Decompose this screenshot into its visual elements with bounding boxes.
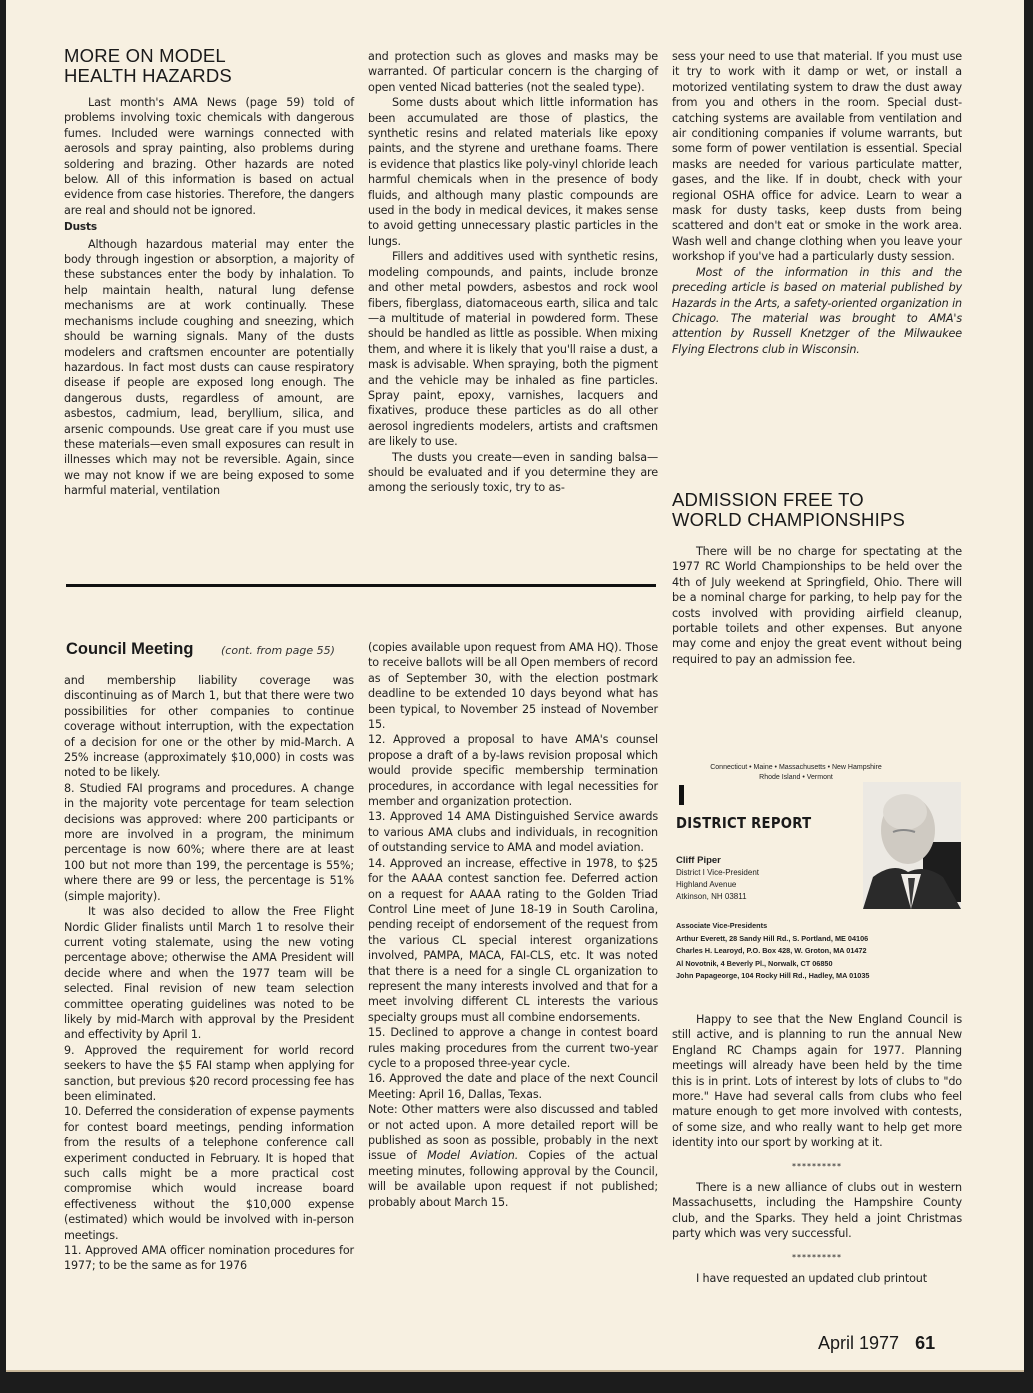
council-item-10: 10. Deferred the consideration of expens… (64, 1104, 354, 1243)
associate-entry: Al Novotnik, 4 Beverly Pl., Norwalk, CT … (676, 958, 869, 971)
district-paragraph: I have requested an updated club printou… (672, 1271, 962, 1286)
council-meeting-title: Council Meeting (66, 640, 193, 659)
health-hazards-intro: Last month's AMA News (page 59) told of … (64, 95, 354, 218)
section-divider-rule (66, 584, 656, 587)
continued-from-note: (cont. from page 55) (221, 644, 335, 657)
district-states: Connecticut • Maine • Massachusetts • Ne… (676, 763, 916, 783)
fillers-paragraph: Fillers and additives used with syntheti… (368, 249, 658, 449)
health-hazards-headline: MORE ON MODEL HEALTH HAZARDS (64, 46, 354, 86)
district-paragraph: There is a new alliance of clubs out in … (672, 1180, 962, 1242)
magazine-page: MORE ON MODEL HEALTH HAZARDS Last month'… (6, 0, 1024, 1372)
district-paragraph: Happy to see that the New England Counci… (672, 1012, 962, 1151)
associate-entry: John Papageorge, 104 Rocky Hill Rd., Had… (676, 970, 869, 983)
vice-president-photo (863, 782, 961, 909)
district-number-icon (679, 785, 684, 805)
council-item-8: 8. Studied FAI programs and procedures. … (64, 781, 354, 904)
page-number: 61 (915, 1333, 935, 1353)
council-item-9: 9. Approved the requirement for world re… (64, 1043, 354, 1105)
health-hazards-column-3: sess your need to use that material. If … (672, 49, 962, 357)
council-paragraph: (copies available upon request from AMA … (368, 640, 658, 732)
district-report-title: DISTRICT REPORT (676, 814, 811, 832)
associate-entry: Charles H. Learoyd, P.O. Box 428, W. Gro… (676, 945, 869, 958)
council-paragraph: and membership liability coverage was di… (64, 673, 354, 781)
council-item-13: 13. Approved 14 AMA Distinguished Servic… (368, 809, 658, 855)
admission-headline: ADMISSION FREE TO WORLD CHAMPIONSHIPS (672, 490, 962, 530)
council-paragraph: It was also decided to allow the Free Fl… (64, 904, 354, 1043)
council-column-2: (copies available upon request from AMA … (368, 640, 658, 1210)
health-hazards-column-2: and protection such as gloves and masks … (368, 49, 658, 496)
council-item-11: 11. Approved AMA officer nomination proc… (64, 1243, 354, 1274)
district-report-body: Happy to see that the New England Counci… (672, 1012, 962, 1287)
dusts-paragraph-1-cont: and protection such as gloves and masks … (368, 49, 658, 95)
page-footer: April 197761 (818, 1333, 935, 1354)
associate-vice-presidents: Associate Vice-Presidents Arthur Everett… (676, 920, 869, 983)
sanding-paragraph: The dusts you create—even in sanding bal… (368, 450, 658, 496)
section-separator: ********** (672, 1250, 962, 1265)
associate-entry: Arthur Everett, 28 Sandy Hill Rd., S. Po… (676, 933, 869, 946)
council-item-14: 14. Approved an increase, effective in 1… (368, 856, 658, 1025)
council-item-12: 12. Approved a proposal to have AMA's co… (368, 732, 658, 809)
issue-date: April 1977 (818, 1333, 899, 1353)
admission-body: There will be no charge for spectating a… (672, 544, 962, 667)
portrait-image-icon (863, 782, 961, 909)
plastics-paragraph: Some dusts about which little informatio… (368, 95, 658, 249)
council-item-15: 15. Declined to approve a change in cont… (368, 1025, 658, 1071)
section-separator: ********** (672, 1159, 962, 1174)
article-credit: Most of the information in this and the … (672, 265, 962, 357)
council-column-1: and membership liability coverage was di… (64, 673, 354, 1274)
dusts-paragraph-1: Although hazardous material may enter th… (64, 237, 354, 499)
council-note: Note: Other matters were also discussed … (368, 1102, 658, 1210)
admission-article: ADMISSION FREE TO WORLD CHAMPIONSHIPS Th… (672, 490, 962, 667)
dusts-subhead: Dusts (64, 220, 354, 235)
health-hazards-column-1: MORE ON MODEL HEALTH HAZARDS Last month'… (64, 46, 354, 499)
council-item-16: 16. Approved the date and place of the n… (368, 1071, 658, 1102)
vice-president-info: Cliff Piper District I Vice-President Hi… (676, 855, 759, 903)
sanding-paragraph-cont: sess your need to use that material. If … (672, 49, 962, 265)
